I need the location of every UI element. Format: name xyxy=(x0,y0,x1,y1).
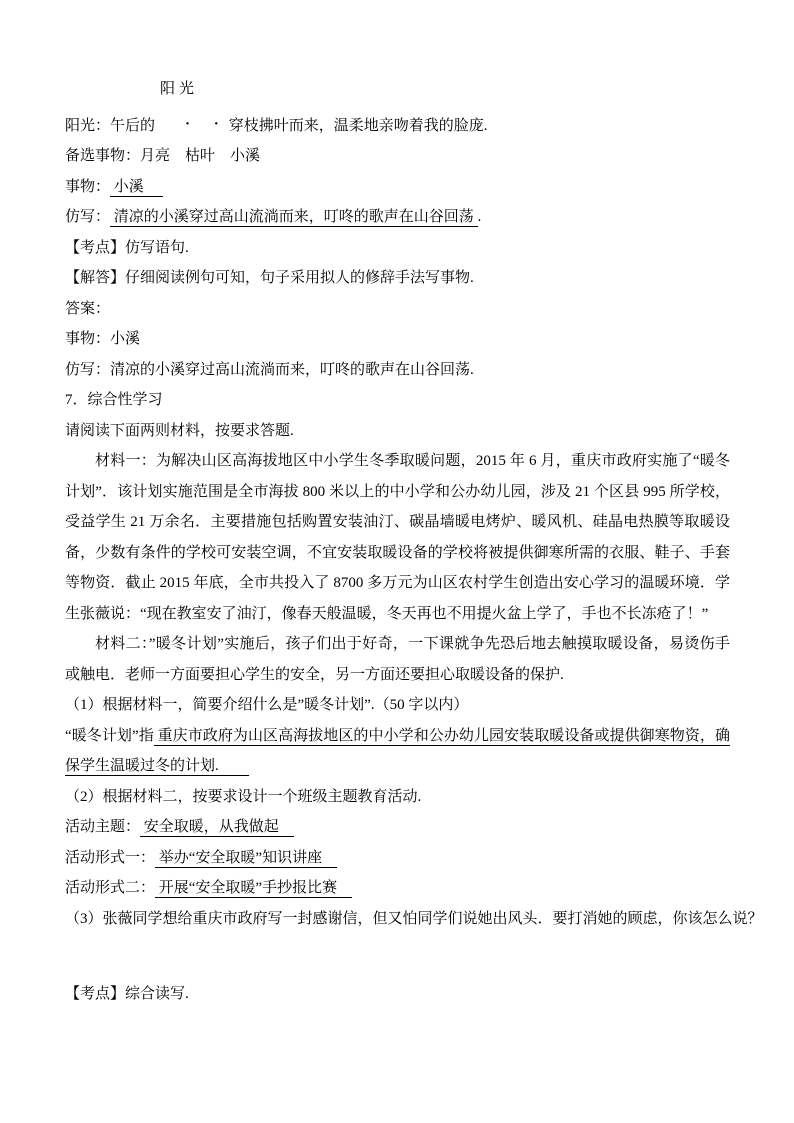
text-segment: “暖冬计划”指 xyxy=(65,728,154,744)
activity-form-2: 活动形式二： 开展“安全取暖”手抄报比赛 xyxy=(65,873,730,904)
document-body: 阳光阳光：午后的 · ·穿枝拂叶而来，温柔地亲吻着我的脸庞.备选事物：月亮 枯叶… xyxy=(65,78,730,1010)
text-segment: 活动形式一： xyxy=(65,850,155,866)
answer-shiwu: 事物： 小溪 xyxy=(65,172,730,203)
text-segment: 阳光：午后的 xyxy=(65,118,185,134)
question-7-1-answer: “暖冬计划”指 重庆市政府为山区高海拔地区的中小学和公办幼儿园安装取暖设备或提供… xyxy=(65,721,730,782)
question-7-heading: 7．综合性学习 xyxy=(65,385,730,416)
answer-underline: 开展“安全取暖”手抄报比赛 xyxy=(155,880,352,898)
material-2: 材料二：”暖冬计划”实施后，孩子们出于好奇，一下课就争先恐后地去触摸取暖设备，易… xyxy=(65,629,730,690)
text-segment: 事物： xyxy=(65,179,110,195)
question-7-2: （2）根据材料二，按要求设计一个班级主题教育活动. xyxy=(65,782,730,813)
daan-fangxie: 仿写：清凉的小溪穿过高山流淌而来，叮咚的歌声在山谷回荡. xyxy=(65,355,730,386)
answer-underline: 清凉的小溪穿过高山流淌而来，叮咚的歌声在山谷回荡 xyxy=(110,209,478,227)
text-segment: 阳光 xyxy=(160,81,198,97)
kaodian-2: 【考点】综合读写. xyxy=(65,979,730,1010)
example-sentence: 阳光：午后的 · ·穿枝拂叶而来，温柔地亲吻着我的脸庞. xyxy=(65,109,730,142)
text-segment: 仿写： xyxy=(65,209,110,225)
text-segment: 材料二：”暖冬计划”实施后，孩子们出于好奇，一下课就争先恐后地去触摸取暖设备，易… xyxy=(65,636,730,683)
text-segment: （1）根据材料一，简要介绍什么是”暖冬计划”.（50 字以内） xyxy=(65,697,468,713)
text-segment: 备选事物：月亮 枯叶 小溪 xyxy=(65,148,260,164)
question-7-1: （1）根据材料一，简要介绍什么是”暖冬计划”.（50 字以内） xyxy=(65,690,730,721)
text-segment: 答案： xyxy=(65,301,110,317)
activity-theme: 活动主题： 安全取暖，从我做起 xyxy=(65,812,730,843)
text-segment: 【考点】仿写语句. xyxy=(65,240,189,256)
text-segment: 仿写：清凉的小溪穿过高山流淌而来，叮咚的歌声在山谷回荡. xyxy=(65,362,474,378)
text-segment: 【考点】综合读写. xyxy=(65,986,189,1002)
text-segment: 穿枝拂叶而来，温柔地亲吻着我的脸庞. xyxy=(229,118,488,134)
text-segment: 活动形式二： xyxy=(65,880,155,896)
text-segment: 7．综合性学习 xyxy=(65,392,163,408)
answer-underline: 小溪 xyxy=(110,179,163,197)
kaodian-1: 【考点】仿写语句. xyxy=(65,233,730,264)
text-segment: （3）张薇同学想给重庆市政府写一封感谢信，但又怕同学们说她出风头．要打消她的顾虑… xyxy=(65,911,763,927)
text-segment: 事物：小溪 xyxy=(65,331,140,347)
document-page: 阳光阳光：午后的 · ·穿枝拂叶而来，温柔地亲吻着我的脸庞.备选事物：月亮 枯叶… xyxy=(0,0,794,1123)
text-segment: 活动主题： xyxy=(65,819,140,835)
daan-label: 答案： xyxy=(65,294,730,325)
activity-form-1: 活动形式一： 举办“安全取暖”知识讲座 xyxy=(65,843,730,874)
answer-underline: 举办“安全取暖”知识讲座 xyxy=(155,850,337,868)
jieda-1: 【解答】仔细阅读例句可知，句子采用拟人的修辞手法写事物. xyxy=(65,263,730,294)
ruby-word-line: 阳光 xyxy=(160,78,730,109)
text-segment: 【解答】仔细阅读例句可知，句子采用拟人的修辞手法写事物. xyxy=(65,270,474,286)
answer-fangxie: 仿写： 清凉的小溪穿过高山流淌而来，叮咚的歌声在山谷回荡 . xyxy=(65,202,730,233)
candidate-items: 备选事物：月亮 枯叶 小溪 xyxy=(65,141,730,172)
text-segment: （2）根据材料二，按要求设计一个班级主题教育活动. xyxy=(65,789,421,805)
answer-underline: 重庆市政府为山区高海拔地区的中小学和公办幼儿园安装取暖设备或提供御寒物资，确保学… xyxy=(65,728,730,777)
answer-underline: 安全取暖，从我做起 xyxy=(140,819,294,837)
daan-shiwu: 事物：小溪 xyxy=(65,324,730,355)
text-segment: 材料一：为解决山区高海拔地区中小学生冬季取暖问题，2015 年 6 月，重庆市政… xyxy=(65,453,730,622)
question-7-intro: 请阅读下面两则材料，按要求答题. xyxy=(65,416,730,447)
question-7-3: （3）张薇同学想给重庆市政府写一封感谢信，但又怕同学们说她出风头．要打消她的顾虑… xyxy=(65,904,730,935)
text-segment: 请阅读下面两则材料，按要求答题. xyxy=(65,423,294,439)
emphasis-dots: · · xyxy=(185,116,229,132)
material-1: 材料一：为解决山区高海拔地区中小学生冬季取暖问题，2015 年 6 月，重庆市政… xyxy=(65,446,730,629)
text-segment: . xyxy=(478,209,482,225)
